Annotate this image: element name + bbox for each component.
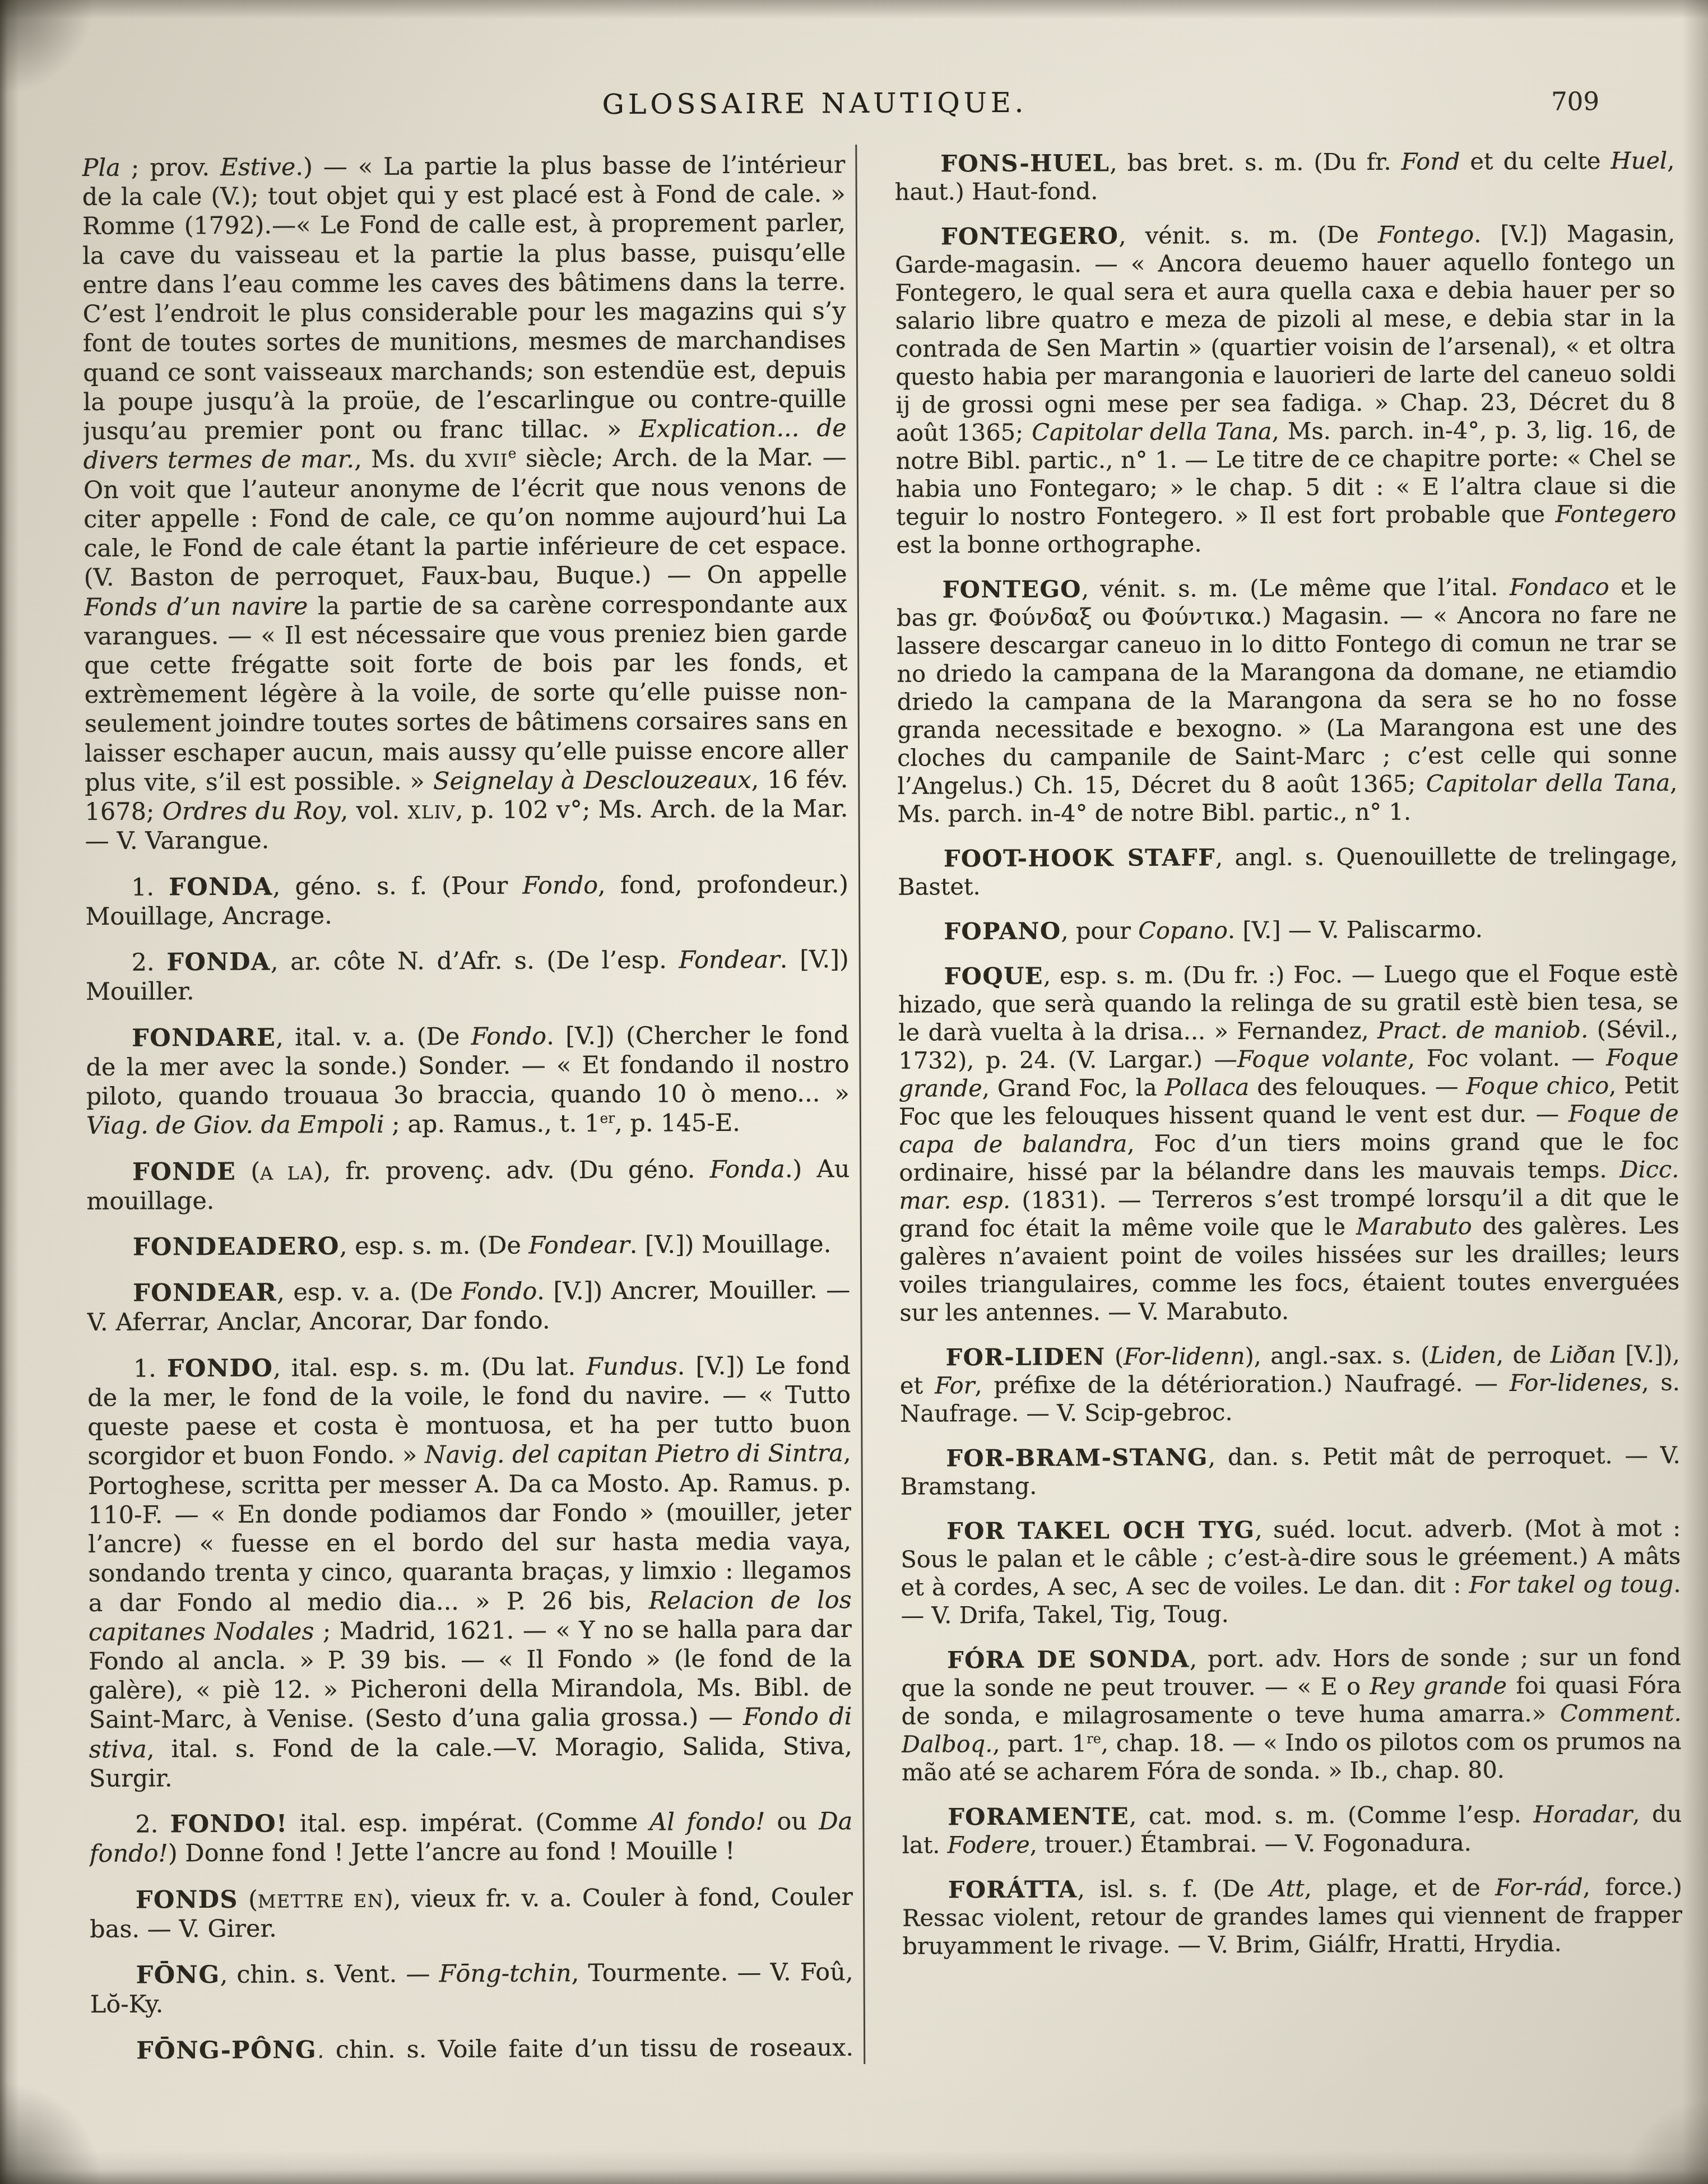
glossary-entry: FONS-HUEL, bas bret. s. m. (Du fr. Fond …: [894, 147, 1674, 206]
glossary-entry: FOR-BRAM-STANG, dan. s. Petit mât de per…: [900, 1441, 1680, 1501]
scanned-page: GLOSSAIRE NAUTIQUE. 709 Pla ; prov. Esti…: [0, 0, 1708, 2184]
glossary-entry: 2. FONDA, ar. côte N. d’Afr. s. (De l’es…: [86, 945, 849, 1007]
column-divider-rule: [855, 145, 865, 2064]
glossary-entry: 2. FONDO! ital. esp. impérat. (Comme Al …: [89, 1807, 852, 1868]
glossary-entry: Pla ; prov. Estive.) — « La partie la pl…: [82, 150, 848, 856]
glossary-entry: FONDARE, ital. v. a. (De Fondo. [V.]) (C…: [86, 1021, 850, 1141]
left-column: Pla ; prov. Estive.) — « La partie la pl…: [82, 150, 853, 2059]
glossary-entry: FŌNG, chin. s. Vent. — Fōng-tchin, Tourm…: [90, 1958, 853, 2019]
glossary-entry: FONDE (A LA), fr. provenç. adv. (Du géno…: [86, 1154, 850, 1216]
page-content: GLOSSAIRE NAUTIQUE. 709 Pla ; prov. Esti…: [0, 0, 1708, 2184]
glossary-entry: FONTEGO, vénit. s. m. (Le même que l’ita…: [897, 573, 1678, 828]
glossary-entry: FONTEGERO, vénit. s. m. (De Fontego. [V.…: [895, 220, 1677, 559]
glossary-entry: FOR-LIDEN (For-lidenn), angl.-sax. s. (L…: [900, 1341, 1681, 1428]
glossary-entry: FŌNG-PÔNG, chin. s. Voile faite d’un tis…: [90, 2033, 853, 2059]
glossary-entry: FÓRA DE SONDA, port. adv. Hors de sonde …: [901, 1643, 1682, 1787]
glossary-entry: FONDEADERO, esp. s. m. (De Fondear. [V.]…: [87, 1230, 850, 1262]
glossary-entry: FORAMENTE, cat. mod. s. m. (Comme l’esp.…: [902, 1800, 1682, 1860]
glossary-entry: FOOT-HOOK STAFF, angl. s. Quenouillette …: [898, 842, 1678, 901]
glossary-entry: 1. FONDA, géno. s. f. (Pour Fondo, fond,…: [85, 870, 848, 931]
glossary-entry: FOR TAKEL OCH TYG, suéd. locut. adverb. …: [901, 1514, 1681, 1630]
glossary-entry: FOQUE, esp. s. m. (Du fr. :) Foc. — Lueg…: [898, 959, 1680, 1327]
right-column: FONS-HUEL, bas bret. s. m. (Du fr. Fond …: [894, 147, 1683, 2089]
page-title: GLOSSAIRE NAUTIQUE.: [563, 86, 1067, 120]
glossary-entry: 1. FONDO, ital. esp. s. m. (Du lat. Fund…: [87, 1351, 852, 1793]
glossary-entry: FONDEAR, esp. v. a. (De Fondo. [V.]) Anc…: [87, 1276, 850, 1337]
glossary-entry: FORÁTTA, isl. s. f. (De Att, plage, et d…: [902, 1873, 1683, 1960]
page-number: 709: [1487, 86, 1599, 117]
glossary-entry: FONDS (METTRE EN), vieux fr. v. a. Coule…: [90, 1882, 853, 1944]
glossary-entry: FOPANO, pour Copano. [V.] — V. Paliscarm…: [898, 915, 1678, 946]
